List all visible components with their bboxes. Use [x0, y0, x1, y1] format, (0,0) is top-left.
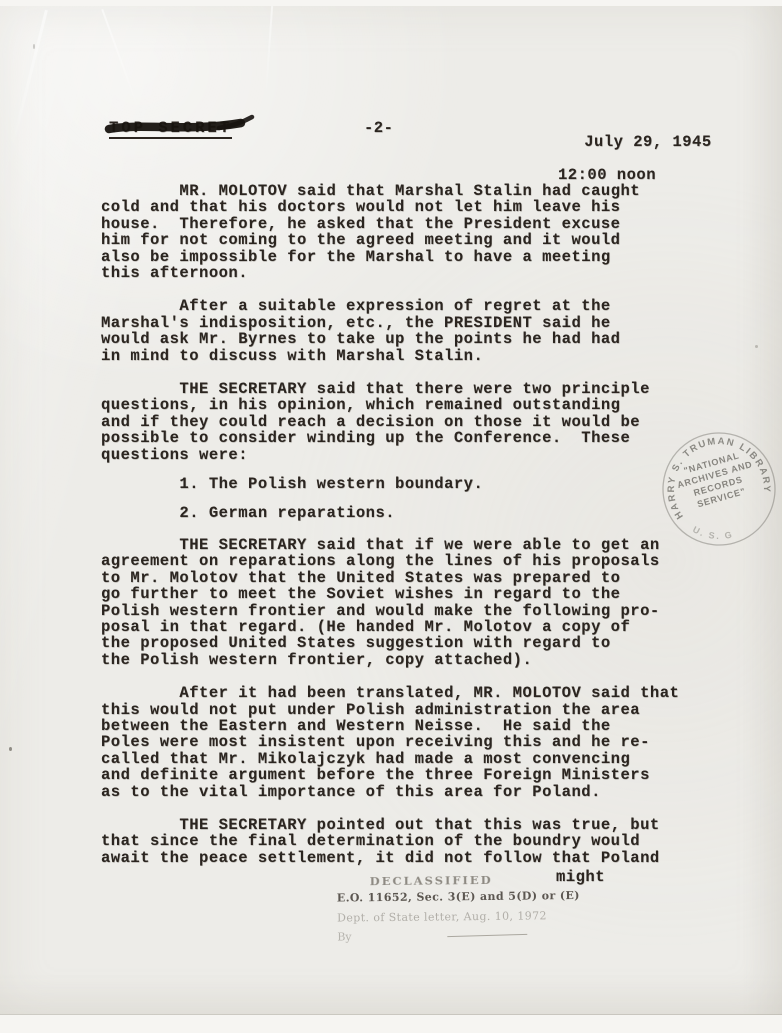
- paper-speck: [9, 747, 12, 751]
- page-number: -2-: [364, 120, 393, 136]
- by-signature-line: [448, 934, 528, 937]
- paragraph-secretary-proposal: THE SECRETARY said that if we were able …: [101, 537, 741, 668]
- scanned-document-photo: { "header": { "classification": "TOP SEC…: [0, 0, 782, 1033]
- paragraph-molotov-stalin-cold: MR. MOLOTOV said that Marshal Stalin had…: [101, 183, 741, 281]
- paragraph-secretary-boundry: THE SECRETARY pointed out that this was …: [101, 817, 741, 866]
- paper-speck: [33, 44, 35, 49]
- paper-speck: [755, 345, 758, 348]
- paragraph-president-regret: After a suitable expression of regret at…: [101, 298, 741, 364]
- classification-marking: TOP SECRET: [109, 120, 232, 139]
- declass-state-letter-line: Dept. of State letter, Aug. 10, 1972: [337, 908, 627, 924]
- declass-by-label: By: [337, 930, 351, 943]
- paper-crease: [101, 9, 141, 113]
- document-date: July 29, 1945: [584, 133, 711, 151]
- declassification-stamp: DECLASSIFIED E.O. 11652, Sec. 3(E) and 5…: [337, 871, 628, 944]
- paragraph-molotov-neisse: After it had been translated, MR. MOLOTO…: [101, 685, 741, 800]
- paper-crease: [11, 10, 48, 147]
- declass-stamp-title: DECLASSIFIED: [370, 871, 627, 888]
- declass-executive-order-line: E.O. 11652, Sec. 3(E) and 5(D) or (E): [337, 888, 627, 904]
- paper-crease: [265, 6, 273, 96]
